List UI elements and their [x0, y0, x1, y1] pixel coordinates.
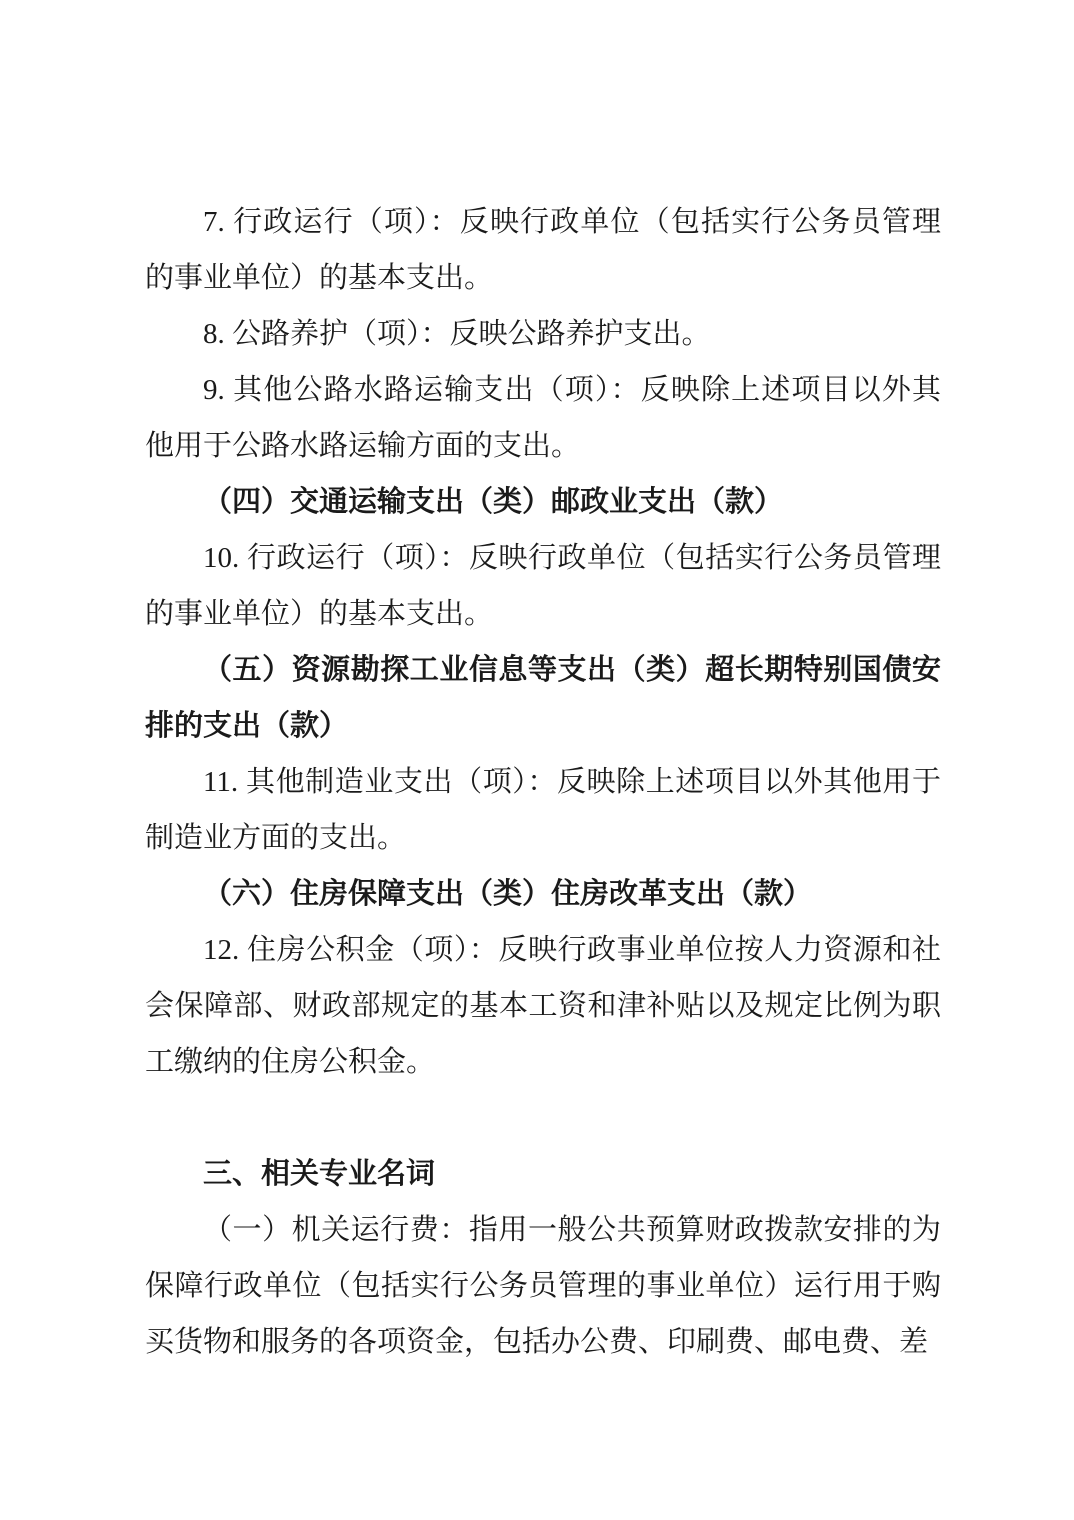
paragraph-item-8: 8. 公路养护（项）：反映公路养护支出。 [145, 306, 941, 362]
paragraph-item-11: 11. 其他制造业支出（项）：反映除上述项目以外其他用于制造业方面的支出。 [145, 754, 941, 866]
paragraph-item-12: 12. 住房公积金（项）：反映行政事业单位按人力资源和社会保障部、财政部规定的基… [145, 922, 941, 1090]
paragraph-item-7: 7. 行政运行（项）：反映行政单位（包括实行公务员管理的事业单位）的基本支出。 [145, 194, 941, 306]
heading-section-5: （五）资源勘探工业信息等支出（类）超长期特别国债安排的支出（款） [145, 642, 941, 754]
paragraph-term-1-truncated: （一）机关运行费：指用一般公共预算财政拨款安排的为保障行政单位（包括实行公务员管… [145, 1202, 941, 1370]
paragraph-item-9: 9. 其他公路水路运输支出（项）：反映除上述项目以外其他用于公路水路运输方面的支… [145, 362, 941, 474]
document-text-block: 7. 行政运行（项）：反映行政单位（包括实行公务员管理的事业单位）的基本支出。 … [145, 194, 941, 1370]
heading-related-terms: 三、相关专业名词 [145, 1146, 941, 1202]
heading-section-4: （四）交通运输支出（类）邮政业支出（款） [145, 474, 941, 530]
document-page: 7. 行政运行（项）：反映行政单位（包括实行公务员管理的事业单位）的基本支出。 … [0, 0, 1074, 1520]
paragraph-item-10: 10. 行政运行（项）：反映行政单位（包括实行公务员管理的事业单位）的基本支出。 [145, 530, 941, 642]
heading-section-6: （六）住房保障支出（类）住房改革支出（款） [145, 866, 941, 922]
